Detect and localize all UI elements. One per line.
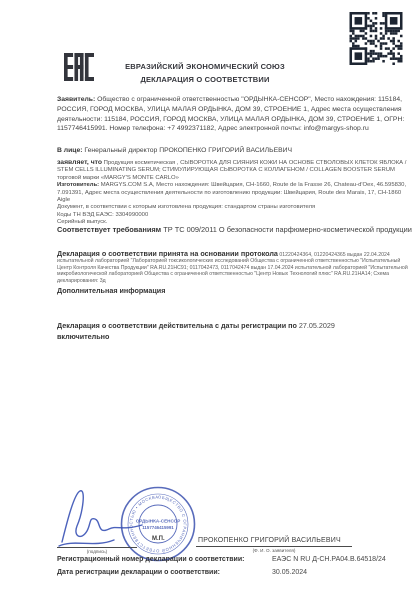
qr-code [348,12,404,65]
declaration-document: ЕВРАЗИЙСКИЙ ЭКОНОМИЧЕСКИЙ СОЮЗ ДЕКЛАРАЦИ… [0,0,420,594]
page-title: ДЕКЛАРАЦИЯ О СООТВЕТСТВИИ [95,75,315,84]
validity-date: 27.05.2029 [299,321,335,330]
product-text: Продукция косметическая , СЫВОРОТКА ДЛЯ … [57,160,406,181]
additional-info-label: Дополнительная информация [57,286,413,295]
signature-line [57,547,137,548]
person-label: В лице: [57,147,83,154]
declaration-product-block: заявляет, что Продукция косметическая , … [57,159,413,227]
declares-label: заявляет, что [57,159,102,166]
validity-paragraph: Декларация о соответствии действительна … [57,320,387,342]
manufacturer-paragraph: Изготовитель: MARGYS.COM S.A, Место нахо… [57,182,413,204]
tnved-line: Коды ТН ВЭД ЕАЭС: 3304990000 [57,212,413,219]
manufacturer-label: Изготовитель: [57,182,99,188]
name-caption: (Ф. И. О. заявителя) [196,548,352,553]
signature-caption: (подпись) [57,549,137,554]
eac-logo-glyph [64,53,94,81]
person-paragraph: В лице: Генеральный директор ПРОКОПЕНКО … [57,146,413,156]
basis-paragraph: Декларация о соответствии принята на осн… [57,251,413,284]
person-text: Генеральный директор ПРОКОПЕНКО ГРИГОРИЙ… [84,147,292,154]
registration-number-value: ЕАЭС N RU Д-CH.РА04.В.64518/24 [272,556,386,563]
union-title: ЕВРАЗИЙСКИЙ ЭКОНОМИЧЕСКИЙ СОЮЗ [95,62,315,71]
applicant-paragraph: Заявитель: Общество с ограниченной ответ… [57,95,413,134]
eac-logo [64,53,94,81]
registration-date-value: 30.05.2024 [272,569,307,576]
document-line: Документ, в соответствии с которым изгот… [57,204,413,211]
compliance-text: ТР ТС 009/2011 О безопасности парфюмерно… [163,225,412,234]
name-line [196,546,352,547]
compliance-label: Соответствует требованиям [57,225,161,234]
applicant-text: Общество с ограниченной ответственностью… [57,96,404,132]
applicant-full-name: ПРОКОПЕНКО ГРИГОРИЙ ВАСИЛЬЕВИЧ [198,537,341,544]
applicant-label: Заявитель: [57,96,95,103]
manufacturer-text: MARGYS.COM S.A, Место нахождения: Швейца… [57,182,406,203]
basis-label: Декларация о соответствии принята на осн… [57,249,278,258]
compliance-paragraph: Соответствует требованиям ТР ТС 009/2011… [57,224,413,235]
stamp-center-line1: ОРДЫНКА-СЕНСОР [136,519,181,524]
registration-number-label: Регистрационный номер декларации о соотв… [57,556,269,563]
qr-code-image [348,12,404,65]
registration-date-label: Дата регистрации декларации о соответств… [57,569,269,576]
validity-lead: Декларация о соответствии действительна … [57,321,297,330]
validity-tail: включительно [57,332,109,341]
stamp-center-line2: 1157746415991 [142,525,174,530]
